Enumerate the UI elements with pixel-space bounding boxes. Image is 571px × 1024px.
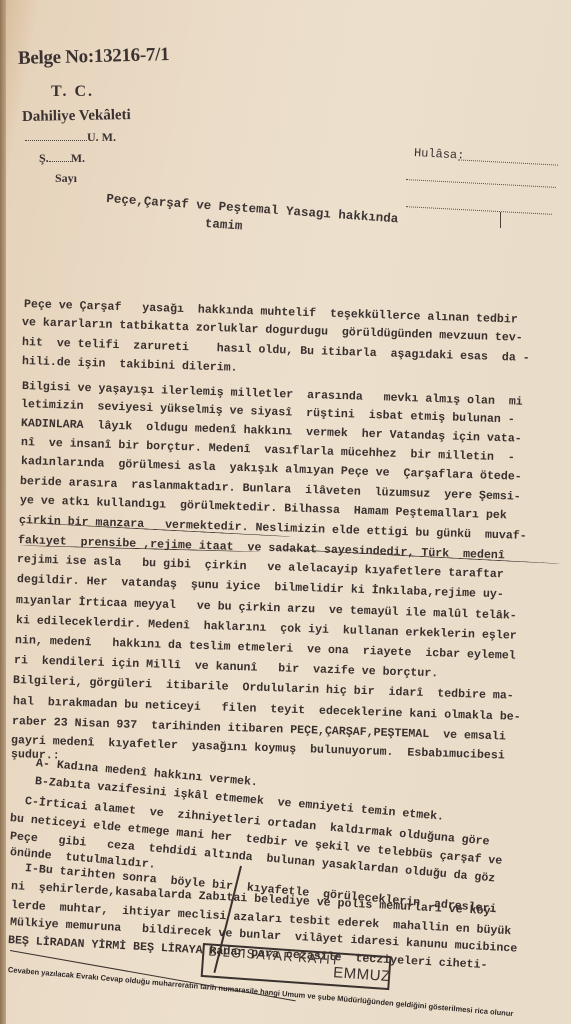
registry-stamp: BİLGİSAYAR KAYIT EMMUZ (201, 943, 392, 990)
republic-label: T. C. (51, 83, 94, 101)
subject: Peçe,Çarşaf ve Peştemal Yasagı hakkında … (104, 190, 398, 246)
summary-line (406, 206, 552, 215)
summary-line (406, 179, 556, 188)
um-label: U. M. (87, 130, 116, 144)
stamp-month: EMMUZ (333, 964, 392, 985)
um-field: U. M. (25, 130, 116, 145)
sayi-label: Sayı (55, 171, 77, 186)
document-number: Belge No:13216-7/1 (18, 44, 170, 70)
stamp-text: BİLGİSAYAR KAYIT (208, 943, 340, 967)
summary-line (458, 159, 558, 165)
sm-label: Ş. (39, 151, 49, 165)
page-binding-edge (0, 0, 6, 1024)
body-line: hili.de işin takibini dilerim. (22, 355, 238, 375)
summary-tick-mark (500, 212, 501, 228)
ministry-name: Dahiliye Vekâleti (22, 107, 131, 126)
sm-field: Ş.M. (39, 151, 85, 166)
sm-suffix: M. (71, 151, 85, 165)
